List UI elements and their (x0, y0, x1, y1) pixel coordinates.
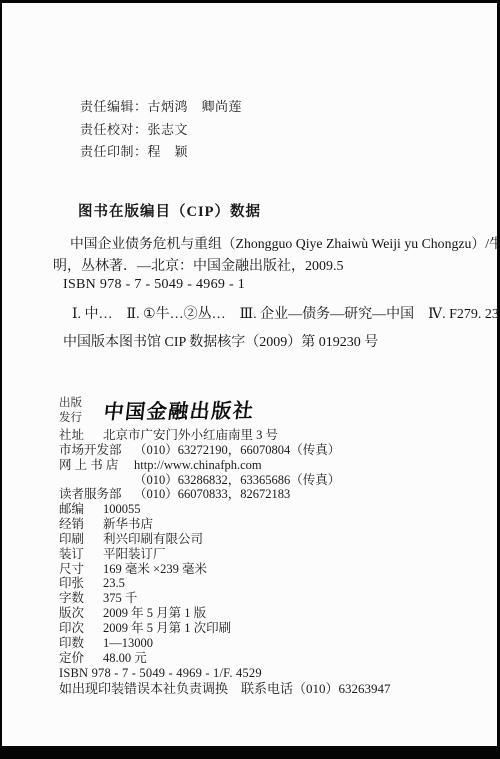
colophon-row-postcode: 邮编100055 (59, 502, 459, 517)
colophon-value: 新华书店 (103, 517, 153, 532)
colophon-value: 48.00 元 (103, 651, 147, 666)
colophon-row-online-store: 网 上 书 店http://www.chinafph.com (59, 458, 459, 473)
colophon-value: 平阳装订厂 (103, 547, 166, 562)
colophon-label: 装订 (59, 547, 84, 562)
cip-title-line1: 中国企业债务危机与重组（Zhongguo Qiye Zhaiwù Weiji y… (70, 232, 500, 252)
colophon-value: （010）63272190，66070804（传真） (134, 443, 340, 458)
colophon-value: 169 毫米 ×239 毫米 (103, 562, 207, 577)
cip-record-number: 中国版本图书馆 CIP 数据核字（2009）第 019230 号 (63, 331, 378, 351)
colophon-value: （010）66070833，82672183 (134, 487, 290, 502)
colophon-row-print-run: 印数1—13000 (59, 636, 459, 651)
colophon-label: 定价 (59, 651, 84, 666)
isbn-full: ISBN 978 - 7 - 5049 - 4969 - 1/F. 4529 (59, 666, 459, 681)
staff-value: 张志文 (148, 122, 189, 137)
colophon-value: 2009 年 5 月第 1 版 (103, 606, 206, 621)
publisher-role-top: 出版 (59, 396, 82, 411)
colophon-row-sheets: 印张23.5 (59, 576, 459, 591)
colophon-row-reader-service: 读者服务部（010）66070833，82672183 (59, 487, 459, 502)
colophon: 社址北京市广安门外小红庙南里 3 号 市场开发部（010）63272190，66… (59, 428, 459, 697)
colophon-label: 社址 (59, 428, 84, 443)
colophon-label: 网 上 书 店 (59, 458, 127, 473)
colophon-label: 尺寸 (59, 562, 84, 577)
colophon-value: 利兴印刷有限公司 (103, 532, 203, 547)
colophon-row-size: 尺寸169 毫米 ×239 毫米 (59, 562, 459, 577)
publisher-role-bottom: 发行 (59, 411, 82, 426)
colophon-row-marketing: 市场开发部（010）63272190，66070804（传真） (59, 443, 459, 458)
staff-credits: 责任编辑：古炳鸿 卿尚莲 责任校对：张志文 责任印制：程 颖 (80, 96, 242, 164)
colophon-label: 印张 (59, 576, 84, 591)
publisher-logo: 中国金融出版社 (102, 394, 256, 424)
colophon-label: 经销 (59, 517, 84, 532)
colophon-value: 375 千 (103, 591, 137, 606)
colophon-value: 23.5 (103, 576, 125, 591)
colophon-row-edition: 版次2009 年 5 月第 1 版 (59, 606, 459, 621)
colophon-value: （010）63286832，63365686（传真） (134, 473, 340, 488)
staff-label: 责任印制： (80, 144, 148, 159)
staff-row-proofreader: 责任校对：张志文 (80, 119, 242, 142)
colophon-label: 印刷 (59, 532, 84, 547)
colophon-row-binding: 装订平阳装订厂 (59, 547, 459, 562)
colophon-row-distribution: 经销新华书店 (59, 517, 459, 532)
colophon-label: 印数 (59, 636, 84, 651)
scan-edge-bottom (0, 746, 500, 759)
colophon-value: 100055 (103, 502, 141, 517)
colophon-row-word-count: 字数375 千 (59, 591, 459, 606)
colophon-label: 市场开发部 (59, 443, 127, 458)
scan-edge-top (0, 0, 500, 3)
colophon-label: 版次 (59, 606, 84, 621)
staff-value: 古炳鸿 卿尚莲 (148, 99, 243, 114)
cip-isbn: ISBN 978 - 7 - 5049 - 4969 - 1 (63, 277, 245, 293)
scan-edge-left (0, 0, 2, 759)
colophon-label: 字数 (59, 591, 84, 606)
colophon-row-price: 定价48.00 元 (59, 651, 459, 666)
colophon-value: 北京市广安门外小红庙南里 3 号 (103, 428, 278, 443)
colophon-label: 印次 (59, 621, 84, 636)
copyright-page: 责任编辑：古炳鸿 卿尚莲 责任校对：张志文 责任印制：程 颖 图书在版编目（CI… (0, 0, 500, 759)
staff-value: 程 颖 (148, 144, 189, 159)
colophon-row-impression: 印次2009 年 5 月第 1 次印刷 (59, 621, 459, 636)
colophon-value: 2009 年 5 月第 1 次印刷 (103, 621, 231, 636)
cip-title-line2: 明，丛林著．—北京：中国金融出版社，2009.5 (53, 255, 344, 275)
misprint-exchange-notice: 如出现印装错误本社负责调换 联系电话（010）63263947 (59, 682, 459, 697)
colophon-row-printing: 印刷利兴印刷有限公司 (59, 532, 459, 547)
staff-label: 责任校对： (80, 122, 148, 137)
cip-classification: Ⅰ. 中… Ⅱ. ①牛…②丛… Ⅲ. 企业—债务—研究—中国 Ⅳ. F279. … (72, 303, 499, 323)
colophon-label: 读者服务部 (59, 487, 127, 502)
colophon-row-address: 社址北京市广安门外小红庙南里 3 号 (59, 428, 459, 443)
staff-row-editor: 责任编辑：古炳鸿 卿尚莲 (80, 96, 242, 119)
colophon-value: 1—13000 (103, 636, 153, 651)
publisher-role: 出版 发行 (59, 396, 82, 426)
colophon-value: http://www.chinafph.com (134, 458, 262, 473)
staff-label: 责任编辑： (80, 99, 148, 114)
colophon-label: 邮编 (59, 502, 84, 517)
cip-heading: 图书在版编目（CIP）数据 (78, 200, 261, 221)
colophon-row-online-store-phone: （010）63286832，63365686（传真） (59, 473, 459, 488)
staff-row-printer: 责任印制：程 颖 (80, 141, 242, 164)
